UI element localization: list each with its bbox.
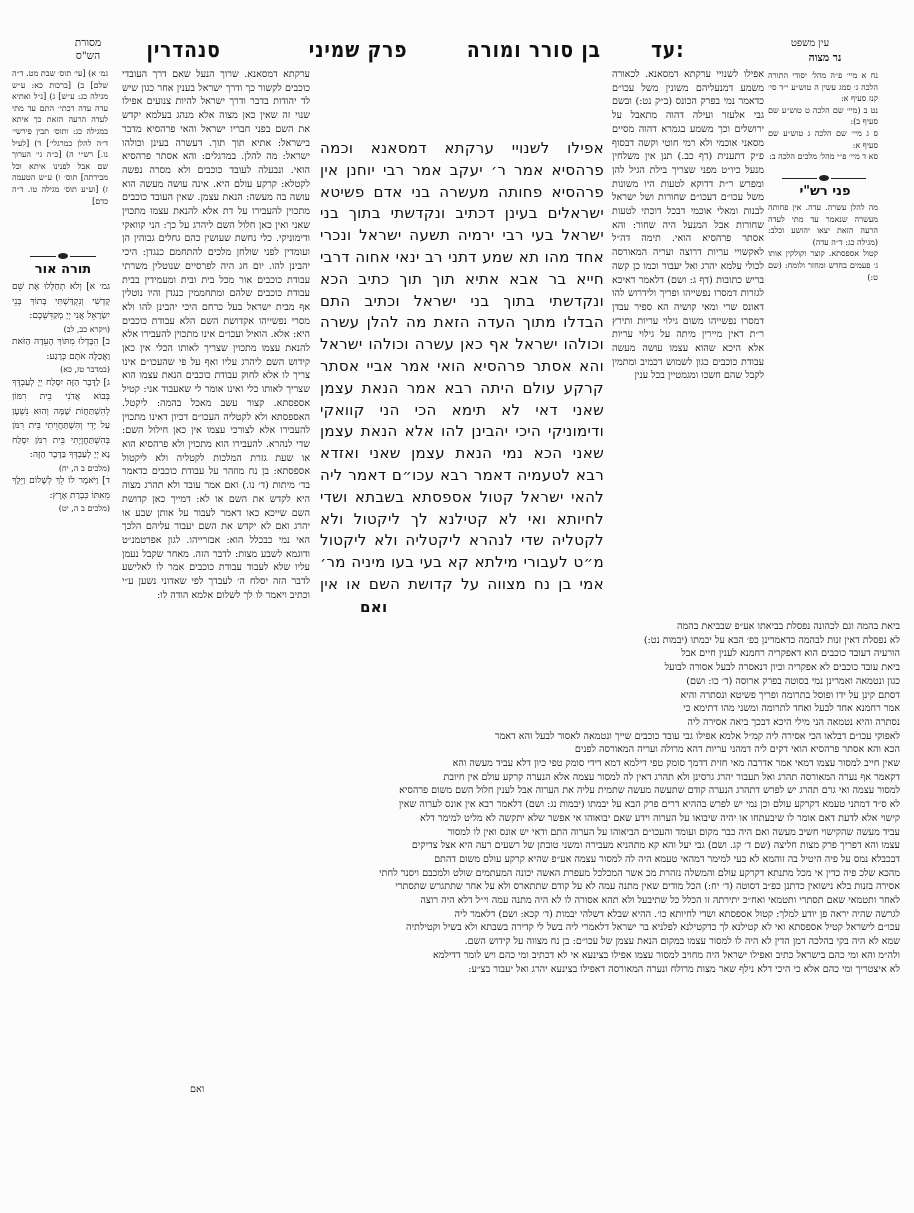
commentary-line: אמר רחמנא אחד לבעל ואחד לתרומה ומשני מהו… bbox=[458, 702, 900, 716]
ein-mishpat-label: עין משפט bbox=[770, 37, 850, 50]
chapter-name: בן סורר ומורה bbox=[467, 38, 601, 63]
gemara-text: אפילו לשנויי ערקתא דמסאנא וכמה פרהסיא אמ… bbox=[320, 138, 604, 598]
verse-3-source: (מלכים ב ה, יח) bbox=[12, 463, 110, 475]
tractate-name: סנהדרין bbox=[147, 38, 221, 63]
ein-mishpat-entry: סא ד מיי׳ פ״י מהל׳ מלכים הלכה ב: bbox=[768, 151, 878, 163]
ein-mishpat-entry: ס ג מיי׳ שם הלכה ג טוש״ע שם סעיף א: bbox=[768, 128, 878, 151]
commentary-line: כגון ונטמאה ואמרינן נמי בסוטה בפרק ארוסה… bbox=[458, 675, 900, 689]
ein-mishpat-entry: נט ב (מיי׳ שם הלכה ט טוש״ע שם סעיף ב): bbox=[768, 105, 878, 128]
ein-mishpat-entry: נח א מיי׳ פ״ה מהל׳ יסודי התורה הלכה ג׳ ס… bbox=[768, 70, 878, 105]
commentary-line: קישוי אלא לדעת דאם אומר לו שיבעתחו או יה… bbox=[140, 812, 900, 826]
commentary-line: דבכבלא נמס על פיה היטיל בה זוהמא לא בעי … bbox=[140, 853, 900, 867]
penei-rashi-title: פני רש"י bbox=[770, 184, 880, 199]
commentary-line: שמא לא היה בקי בהלכה דמן הדין לא היה לו … bbox=[140, 935, 900, 949]
commentary-line: ביאת עובד כוכבים לא אפקריה וכיון דנאסרה … bbox=[458, 661, 900, 675]
verse-1: גמ׳ א] וְלֹא תְחַלְּלוּ אֶת שֵׁם קָדְשִׁ… bbox=[12, 280, 110, 324]
folio-number: עד: bbox=[651, 38, 684, 63]
penei-rashi-notes: מה להלן עשרה. עדה. אין פחותה מעשרה שנאמר… bbox=[768, 202, 878, 283]
torah-or-verses: גמ׳ א] וְלֹא תְחַלְּלוּ אֶת שֵׁם קָדְשִׁ… bbox=[12, 280, 110, 515]
verse-3: ג] לַדָּבָר הַזֶּה יִסְלַח יְיָ לְעַבְדֶ… bbox=[12, 376, 110, 463]
commentary-line: דסתם קינן על ידו ופוסל בתרומה ופריך פשיט… bbox=[458, 689, 900, 703]
commentary-line: הורעיה דעובד כוכבים הוא דאפקריה רחמנא לע… bbox=[458, 647, 900, 661]
chapter-number: פרק שמיני bbox=[309, 38, 408, 63]
ein-mishpat-notes: נח א מיי׳ פ״ה מהל׳ יסודי התורה הלכה ג׳ ס… bbox=[768, 70, 878, 163]
commentary-line: שאין חייב למסור עצמו דמאי אמר אדרבה מאי … bbox=[140, 757, 900, 771]
commentary-line: עצמו והא דפריך פרק מצות חליצה (שם ד׳ קג.… bbox=[140, 839, 900, 853]
verse-4: ד] וַיֹּאמֶר לוֹ לֵךְ לְשָׁלוֹם וַיֵּלֶך… bbox=[12, 474, 110, 503]
verse-1-source: (ויקרא כב, לב) bbox=[12, 324, 110, 336]
verse-2-source: (במדבר טז, כא) bbox=[12, 364, 110, 376]
ner-mitzvah-label: נר מצוה bbox=[775, 52, 875, 65]
verse-4-source: (מלכים ב ה, יט) bbox=[12, 503, 110, 515]
verse-2: ב] הִבָּדְלוּ מִתּוֹךְ הָעֵדָה הַזֹּאת ו… bbox=[12, 335, 110, 364]
commentary-line: דקאמר אף נערה המאורסה תהרג ואל תעבור יהר… bbox=[140, 771, 900, 785]
commentary-line: לא נפסלת דאין זנות לבהמה כדאמרינן כפ׳ הב… bbox=[458, 634, 900, 648]
catchword: ואם bbox=[190, 1083, 230, 1097]
commentary-line: מהכא שלכ פיה כדין אי מכל מתנתא דקרקע עול… bbox=[140, 867, 900, 881]
gemara-end-word: ואם bbox=[360, 597, 390, 619]
commentary-line: לא איצטריך ומי כהם אלא כי היכי דלא נילף … bbox=[140, 963, 900, 977]
commentary-line: הכא והא אסתר פרהסיא הואי דקים ליה דמהני … bbox=[140, 743, 900, 757]
commentary-line: אסירה בזנות בלא נישואין כדתנן כפ״ב דסוטה… bbox=[140, 880, 900, 894]
masoret-label-line1: מסורת bbox=[58, 37, 118, 50]
tosafot-commentary-top bbox=[460, 68, 610, 128]
masoret-hashas-label: מסורת bbox=[58, 37, 118, 50]
commentary-line: למסור עצמה ואי גרם תהרג יש לפרש דתהרג הנ… bbox=[140, 784, 900, 798]
hashas-label: הש"ס bbox=[58, 50, 118, 63]
commentary-line: ביאת בהמה וגם לכהונה נפסלת בביאתו אע״פ ש… bbox=[458, 620, 900, 634]
penei-rashi-entry: מה להלן עשרה. עדה. אין פחותה מעשרה שנאמר… bbox=[768, 202, 878, 248]
ein-mishpat-label-line1: עין משפט bbox=[770, 37, 850, 50]
ornament-divider bbox=[782, 174, 866, 182]
torah-or-title: תורה אור bbox=[15, 262, 111, 277]
tosafot-commentary: אפילו לשנויי ערקתא דמסאנא. לכאורה משמע ד… bbox=[612, 68, 764, 608]
bottom-commentary: ביאת בהמה וגם לכהונה נפסלת בביאתו אע״פ ש… bbox=[140, 620, 900, 1120]
commentary-line: לא ס״ד דמתני טעמא דקרקע עולם וכן נמי יש … bbox=[140, 798, 900, 812]
penei-rashi-entry: קטול אספסתא. קוצר וקולקין אותו ג׳ פעמים … bbox=[768, 248, 878, 283]
commentary-line: ולה״מ והא ומי כהם בישראל כתיב ואפילו ישר… bbox=[140, 949, 900, 963]
ornament-divider bbox=[30, 252, 96, 260]
commentary-line: עכו״ם לישראל קטיל אספסתא ואי לא קטילנא ל… bbox=[140, 921, 900, 935]
commentary-line: לאפוקי עכו״ם דבלאו הכי אסירה ליה קמ״ל אל… bbox=[140, 730, 900, 744]
commentary-line: עביד מעשה שהקישוי חשיב מעשה ואם היה כבר … bbox=[140, 826, 900, 840]
commentary-line: לגרשה שהיה יראה פן יודע למלך: קטול אספסת… bbox=[140, 908, 900, 922]
commentary-line: נסתרה והיא נטמאה הני מילי היכא דבכך ביאה… bbox=[458, 716, 900, 730]
commentary-line: לאחר ותטמאי שאם תסתרי ותטמאי ואח״כ יתירת… bbox=[140, 894, 900, 908]
masoret-hashas-notes: גמ׳ א) [עי׳ תוס׳ שבת מט. ד״ה שלם] ב) [בר… bbox=[12, 68, 108, 207]
